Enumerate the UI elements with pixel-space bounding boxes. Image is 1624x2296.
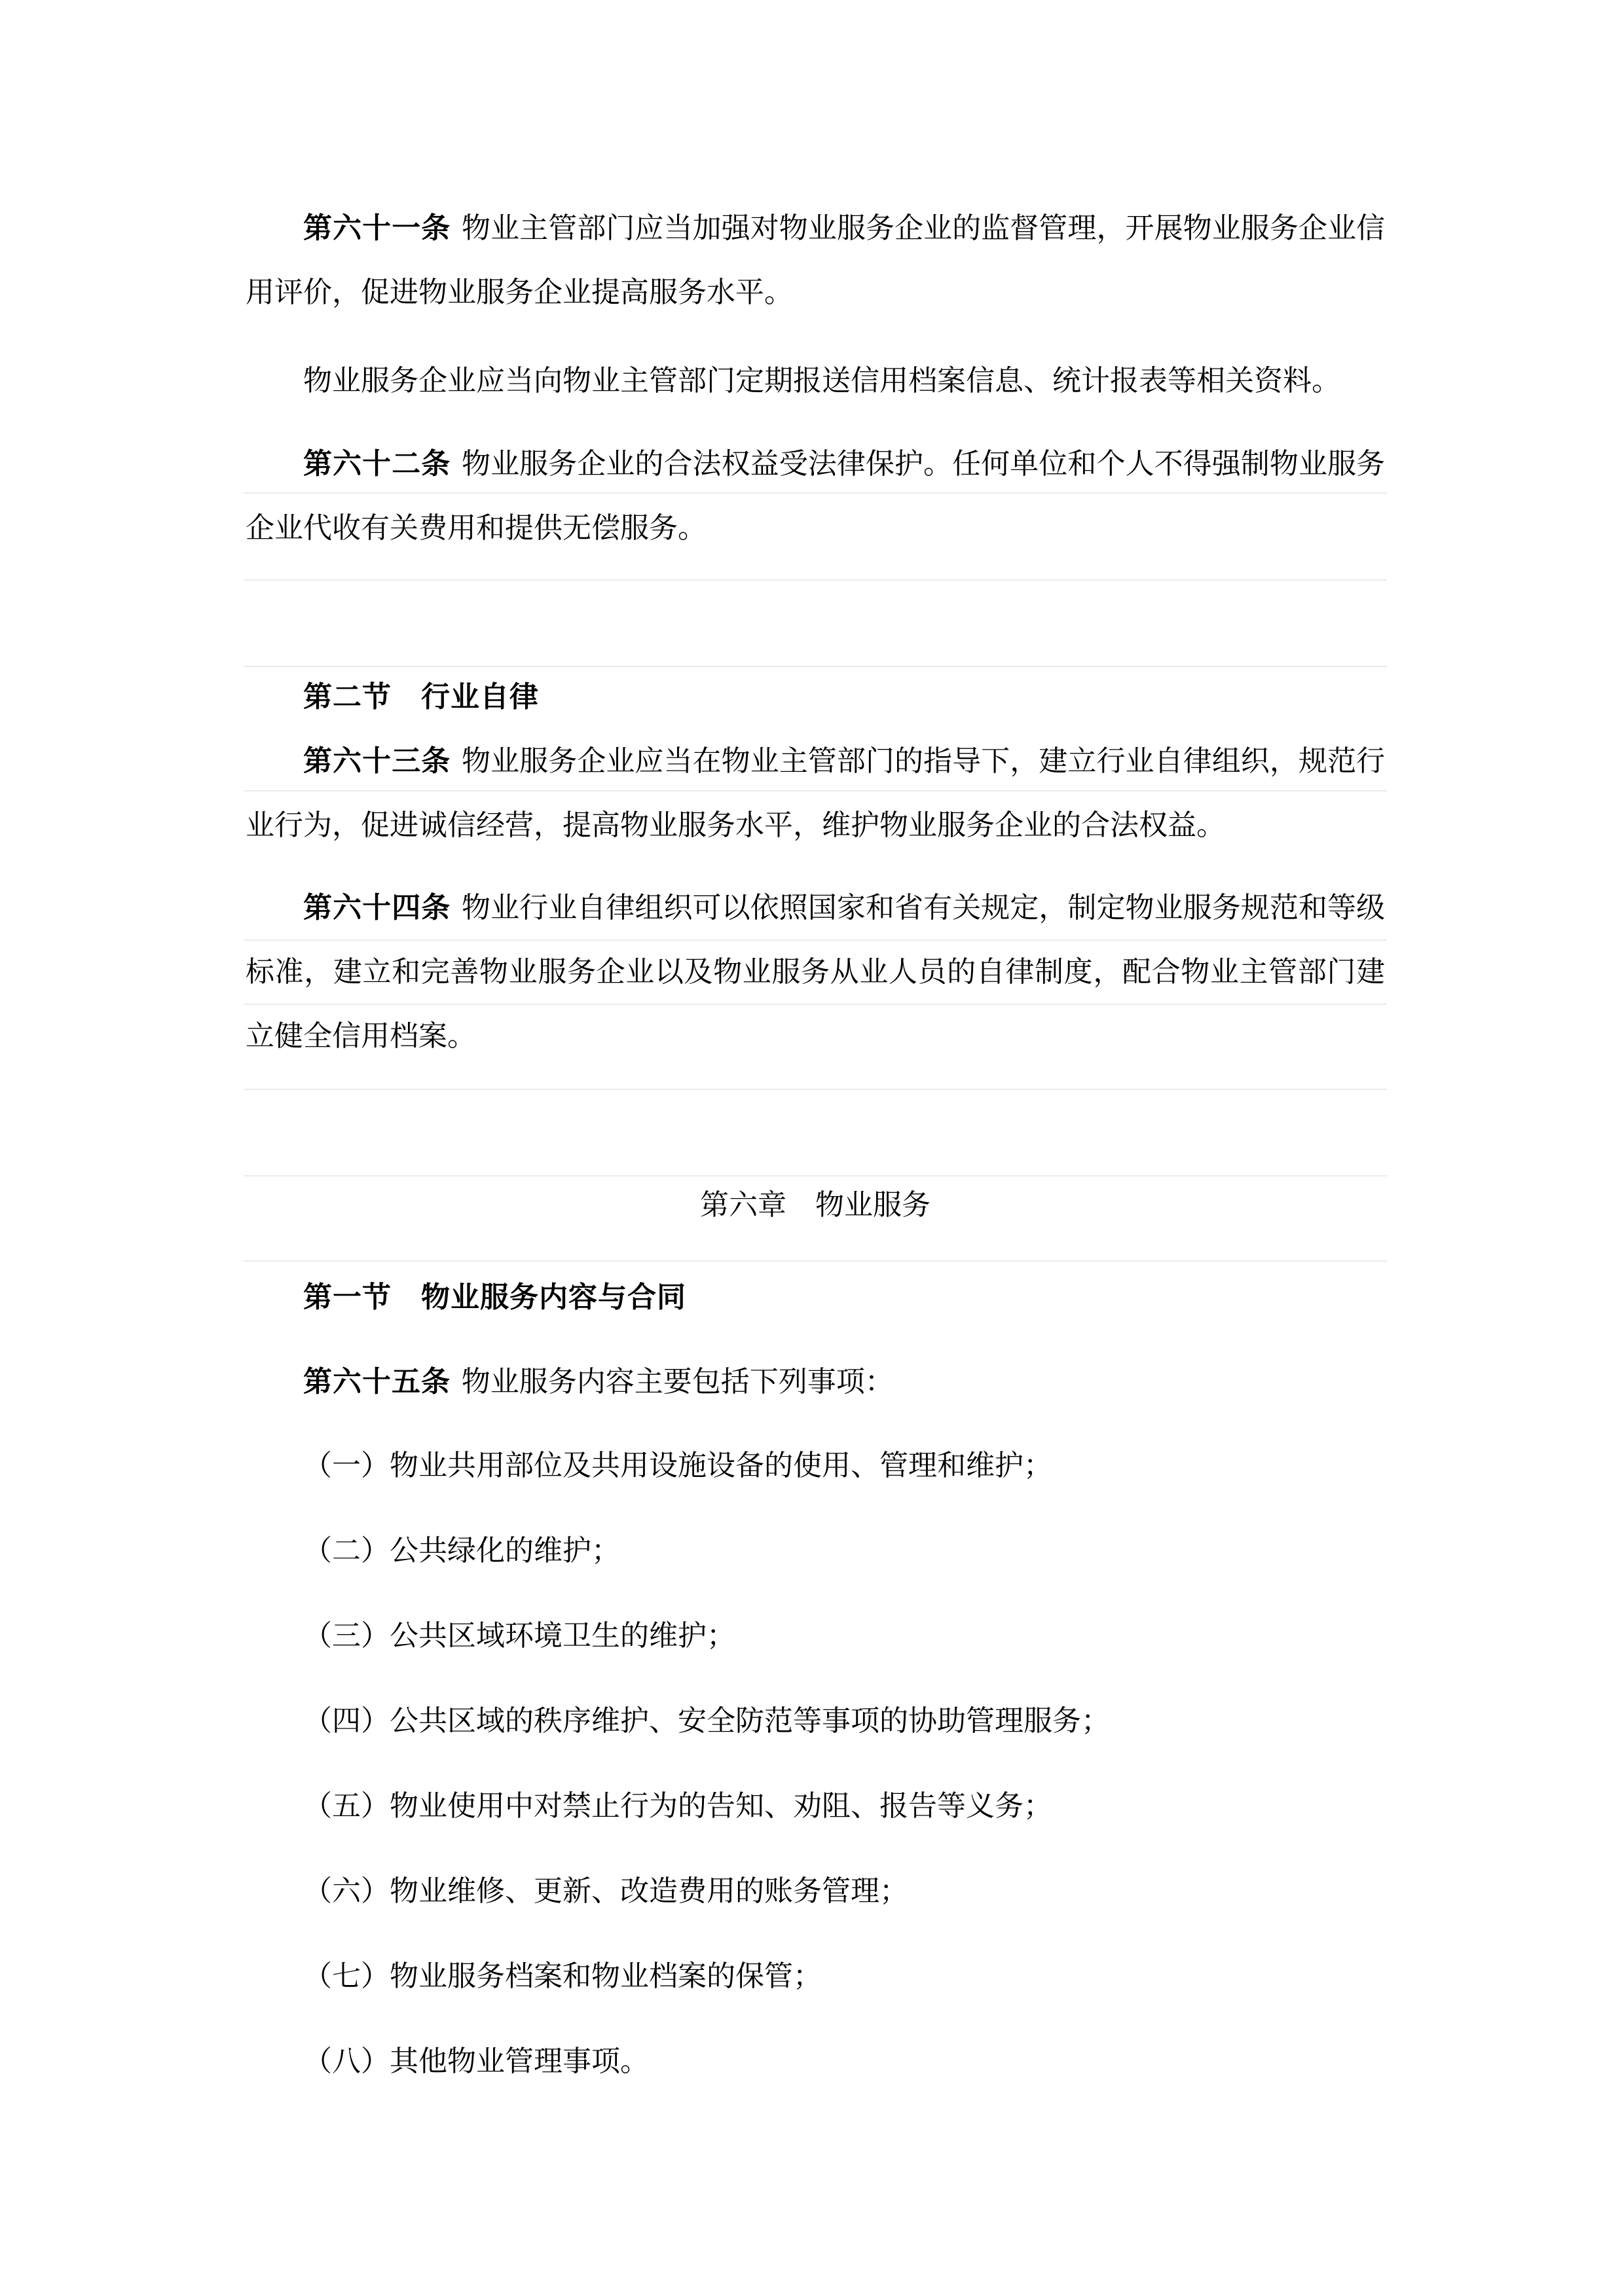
- list-item-2: （二）公共绿化的维护；: [246, 1519, 1385, 1583]
- article-61-paragraph: 第六十一条物业主管部门应当加强对物业服务企业的监督管理，开展物业服务企业信用评价…: [246, 196, 1385, 325]
- list-item-4: （四）公共区域的秩序维护、安全防范等事项的协助管理服务；: [246, 1689, 1385, 1753]
- list-item-3: （三）公共区域环境卫生的维护；: [246, 1604, 1385, 1668]
- section-2-heading: 第二节 行业自律: [246, 665, 1385, 729]
- article-64-paragraph: 第六十四条物业行业自律组织可以依照国家和省有关规定，制定物业服务规范和等级标准，…: [246, 876, 1385, 1068]
- article-61-number: 第六十一条: [303, 212, 451, 244]
- article-63-number: 第六十三条: [303, 745, 451, 777]
- article-65-text: 物业服务内容主要包括下列事项：: [462, 1366, 894, 1398]
- chapter-6-heading: 第六章 物业服务: [246, 1173, 1385, 1237]
- section-1-heading: 第一节 物业服务内容与合同: [246, 1266, 1385, 1330]
- list-item-1: （一）物业共用部位及共用设施设备的使用、管理和维护；: [246, 1434, 1385, 1498]
- article-65-number: 第六十五条: [303, 1366, 451, 1398]
- article-61-paragraph-2: 物业服务企业应当向物业主管部门定期报送信用档案信息、统计报表等相关资料。: [246, 349, 1385, 413]
- article-64-number: 第六十四条: [303, 892, 451, 924]
- document-page: 第六十一条物业主管部门应当加强对物业服务企业的监督管理，开展物业服务企业信用评价…: [0, 0, 1624, 2296]
- article-62-paragraph: 第六十二条物业服务企业的合法权益受法律保护。任何单位和个人不得强制物业服务企业代…: [246, 432, 1385, 560]
- article-61-paragraph-2-text: 物业服务企业应当向物业主管部门定期报送信用档案信息、统计报表等相关资料。: [303, 365, 1340, 397]
- list-item-7: （七）物业服务档案和物业档案的保管；: [246, 1944, 1385, 2009]
- list-item-6: （六）物业维修、更新、改造费用的账务管理；: [246, 1859, 1385, 1923]
- article-63-paragraph: 第六十三条物业服务企业应当在物业主管部门的指导下，建立行业自律组织，规范行业行为…: [246, 729, 1385, 858]
- document-body: 第六十一条物业主管部门应当加强对物业服务企业的监督管理，开展物业服务企业信用评价…: [246, 0, 1385, 2094]
- list-item-8: （八）其他物业管理事项。: [246, 2030, 1385, 2094]
- article-62-number: 第六十二条: [303, 448, 451, 480]
- article-65-paragraph: 第六十五条物业服务内容主要包括下列事项：: [246, 1350, 1385, 1414]
- list-item-5: （五）物业使用中对禁止行为的告知、劝阻、报告等义务；: [246, 1774, 1385, 1838]
